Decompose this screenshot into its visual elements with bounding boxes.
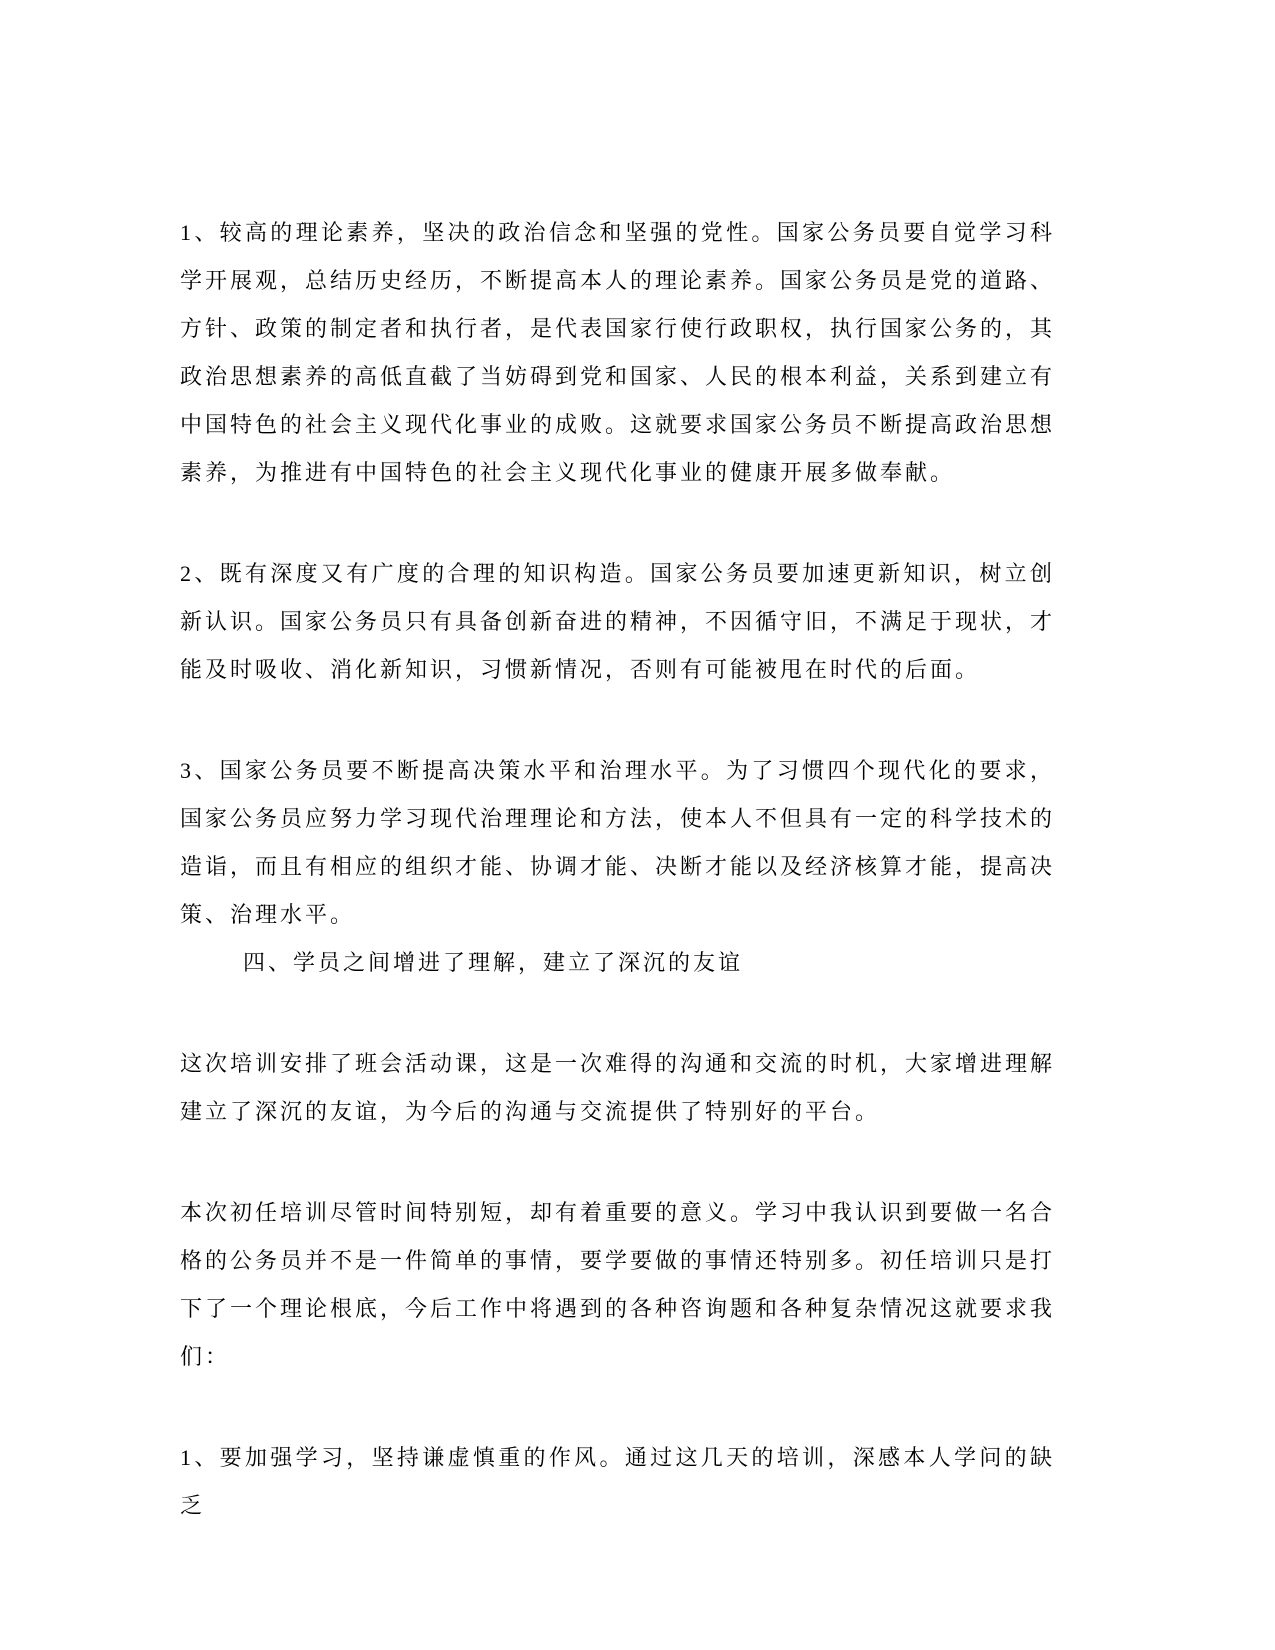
paragraph-point-3: 3、国家公务员要不断提高决策水平和治理水平。为了习惯四个现代化的要求，国家公务员… bbox=[180, 747, 1055, 939]
paragraph-conclusion: 本次初任培训尽管时间特别短，却有着重要的意义。学习中我认识到要做一名合格的公务员… bbox=[180, 1189, 1055, 1381]
paragraph-requirement-1: 1、要加强学习，坚持谦虚慎重的作风。通过这几天的培训，深感本人学问的缺乏 bbox=[180, 1434, 1055, 1530]
section-heading-4: 四、学员之间增进了理解，建立了深沉的友谊 bbox=[180, 939, 1055, 987]
paragraph-point-1: 1、较高的理论素养，坚决的政治信念和坚强的党性。国家公务员要自觉学习科学开展观，… bbox=[180, 209, 1055, 497]
paragraph-point-2: 2、既有深度又有广度的合理的知识构造。国家公务员要加速更新知识，树立创新认识。国… bbox=[180, 550, 1055, 694]
paragraph-training-summary: 这次培训安排了班会活动课，这是一次难得的沟通和交流的时机，大家增进理解建立了深沉… bbox=[180, 1040, 1055, 1136]
document-page: 1、较高的理论素养，坚决的政治信念和坚强的党性。国家公务员要自觉学习科学开展观，… bbox=[0, 0, 1275, 1650]
